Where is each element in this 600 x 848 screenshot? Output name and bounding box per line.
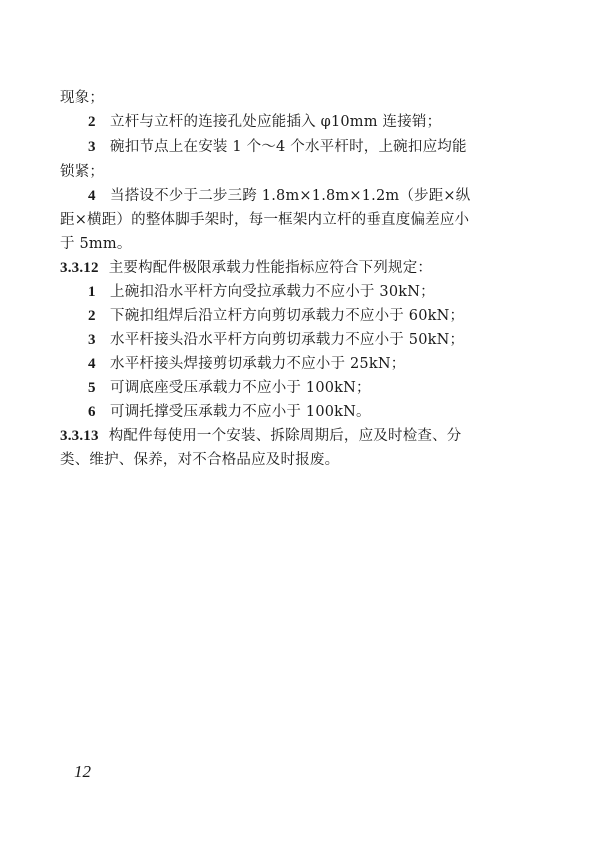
text-line: 类、维护、保养，对不合格品应及时报废。 [60,450,480,470]
item-text: 立杆与立杆的连接孔处应能插入 φ10mm 连接销； [110,114,441,130]
section-number: 3.3.13 [60,428,99,444]
list-item: 3碗扣节点上在安装 1 个～4 个水平杆时，上碗扣应均能 [88,137,508,157]
item-number: 2 [88,112,110,132]
line-text: 距×横距）的整体脚手架时，每一框架内立杆的垂直度偏差应小 [60,212,469,228]
item-text: 当搭设不少于二步三跨 1.8m×1.8m×1.2m（步距×纵 [110,188,470,204]
item-text: 水平杆接头焊接剪切承载力不应小于 25kN； [110,356,405,372]
section-heading: 3.3.13构配件每使用一个安装、拆除周期后，应及时检查、分 [60,426,480,446]
item-number: 4 [88,186,110,206]
item-text: 上碗扣沿水平杆方向受拉承载力不应小于 30kN； [110,284,435,300]
item-text: 可调托撑受压承载力不应小于 100kN。 [110,404,371,420]
list-item: 3水平杆接头沿水平杆方向剪切承载力不应小于 50kN； [88,330,508,350]
list-item: 5可调底座受压承载力不应小于 100kN； [88,378,508,398]
item-text: 下碗扣组焊后沿立杆方向剪切承载力不应小于 60kN； [110,308,464,324]
section-heading: 3.3.12主要构配件极限承载力性能指标应符合下列规定： [60,258,480,278]
list-item: 4当搭设不少于二步三跨 1.8m×1.8m×1.2m（步距×纵 [88,186,508,206]
line-text: 锁紧； [60,164,104,180]
list-item: 2下碗扣组焊后沿立杆方向剪切承载力不应小于 60kN； [88,306,508,326]
list-item: 1上碗扣沿水平杆方向受拉承载力不应小于 30kN； [88,282,508,302]
list-item: 2立杆与立杆的连接孔处应能插入 φ10mm 连接销； [88,112,508,132]
item-number: 1 [88,282,110,302]
item-text: 水平杆接头沿水平杆方向剪切承载力不应小于 50kN； [110,332,464,348]
item-text: 碗扣节点上在安装 1 个～4 个水平杆时，上碗扣应均能 [110,139,467,155]
list-item: 4水平杆接头焊接剪切承载力不应小于 25kN； [88,354,508,374]
text-line: 现象； [60,88,480,108]
item-number: 5 [88,378,110,398]
section-text: 主要构配件极限承载力性能指标应符合下列规定： [109,260,432,276]
item-number: 3 [88,330,110,350]
text-line: 锁紧； [60,162,480,182]
text-line: 距×横距）的整体脚手架时，每一框架内立杆的垂直度偏差应小 [60,210,480,230]
list-item: 6可调托撑受压承载力不应小于 100kN。 [88,402,508,422]
line-text: 现象； [60,90,104,106]
item-number: 6 [88,402,110,422]
item-text: 可调底座受压承载力不应小于 100kN； [110,380,371,396]
item-number: 3 [88,137,110,157]
item-number: 4 [88,354,110,374]
item-number: 2 [88,306,110,326]
line-text: 类、维护、保养，对不合格品应及时报废。 [60,452,339,468]
section-number: 3.3.12 [60,260,99,276]
text-line: 于 5mm。 [60,234,480,254]
section-text: 构配件每使用一个安装、拆除周期后，应及时检查、分 [109,428,462,444]
document-page: 现象； 2立杆与立杆的连接孔处应能插入 φ10mm 连接销； 3碗扣节点上在安装… [0,0,600,848]
page-number: 12 [74,762,91,782]
line-text: 于 5mm。 [60,236,132,252]
